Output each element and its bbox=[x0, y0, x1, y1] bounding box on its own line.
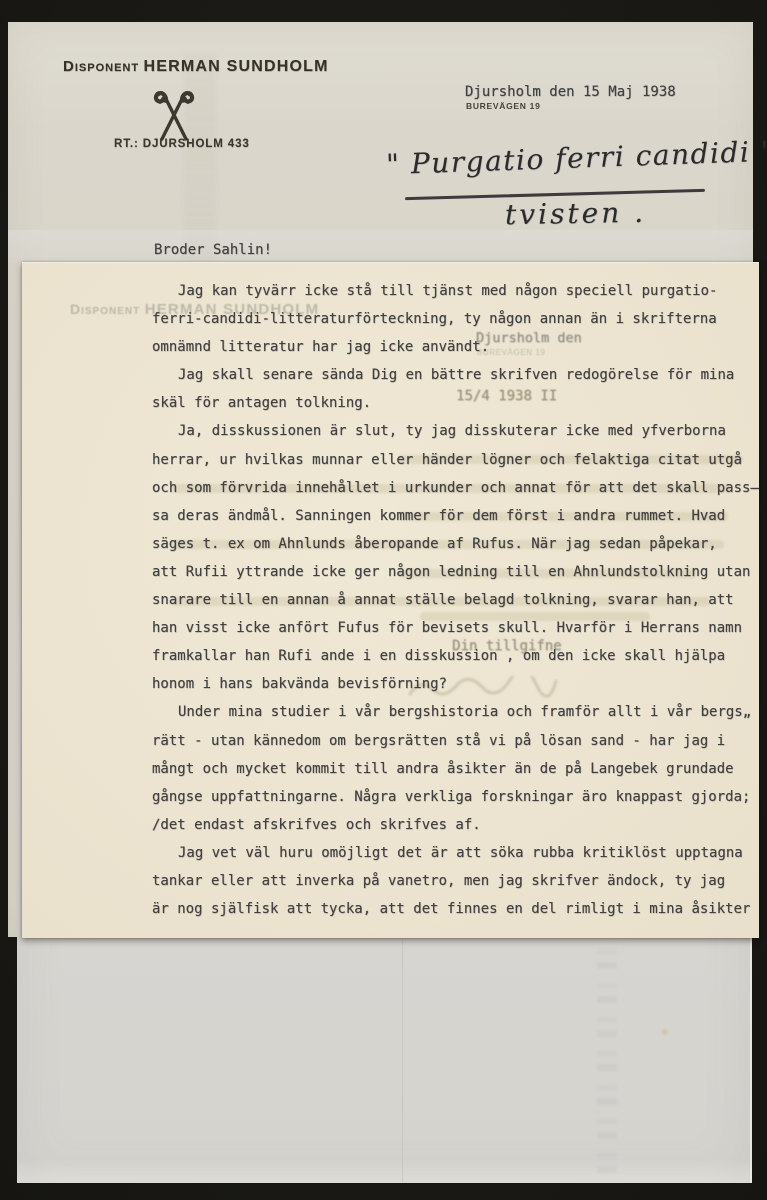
typed-line: Jag kan tyvärr icke stå till tjänst med … bbox=[152, 277, 767, 305]
stamp-bleedthrough bbox=[597, 948, 617, 1173]
typed-line: Jag skall senare sända Dig en bättre skr… bbox=[152, 361, 767, 389]
typed-line: skäl för antagen tolkning. bbox=[152, 389, 767, 417]
typed-line: honom i hans bakvända bevisförning? bbox=[152, 670, 767, 698]
scan-light-band bbox=[8, 230, 753, 263]
typed-line: är nog själfisk att tycka, att det finne… bbox=[152, 895, 767, 923]
typed-line: ∕det endast afskrifves och skrifves af. bbox=[152, 811, 767, 839]
typed-line: herrar, ur hvilkas munnar eller händer l… bbox=[152, 446, 767, 474]
letterhead-phone: RT.: DJURSHOLM 433 bbox=[114, 138, 250, 150]
typed-line: Under mina studier i vår bergshistoria o… bbox=[152, 698, 767, 726]
typed-line: mångt och mycket kommit till andra åsikt… bbox=[152, 755, 767, 783]
letter-body: Jag kan tyvärr icke stå till tjänst med … bbox=[152, 277, 767, 923]
typed-line: han visst icke anfört Fufus för bevisets… bbox=[152, 614, 767, 642]
salutation: Broder Sahlin! bbox=[154, 242, 272, 258]
typed-line: omnämnd litteratur har jag icke användt. bbox=[152, 333, 767, 361]
typed-line: och som förvrida innehållet i urkunder o… bbox=[152, 474, 767, 502]
ghost-letterhead-prefix: Disponent bbox=[70, 301, 140, 317]
typed-line: framkallar han Rufi ande i en disskussio… bbox=[152, 642, 767, 670]
typed-line: ferri-candidi-litteraturförteckning, ty … bbox=[152, 305, 767, 333]
typed-line: rätt - utan kännedom om bergsrätten stå … bbox=[152, 727, 767, 755]
street-line: BUREVÄGEN 19 bbox=[466, 101, 541, 111]
typed-line: Ja, disskussionen är slut, ty jag dissku… bbox=[152, 417, 767, 445]
letterhead-name: Disponent Herman Sundholm bbox=[63, 58, 329, 76]
letterhead-main-name: Herman Sundholm bbox=[144, 58, 329, 75]
scanned-letter-page: { "colors": { "frame": "#1a1915", "lette… bbox=[0, 0, 767, 1200]
letterhead-prefix: Disponent bbox=[63, 58, 139, 75]
typed-line: gångse uppfattningarne. Några verkliga f… bbox=[152, 783, 767, 811]
stain-spot bbox=[660, 1028, 670, 1036]
handwritten-subtitle: tvisten . bbox=[505, 196, 647, 231]
typed-line: att Rufii yttrande icke ger någon lednin… bbox=[152, 558, 767, 586]
typed-line: säges t. ex om Ahnlunds åberopande af Ru… bbox=[152, 530, 767, 558]
crease-line bbox=[402, 940, 404, 1183]
dateline: Djursholm den 15 Maj 1938 bbox=[465, 84, 676, 100]
typed-line: snarare till en annan å annat ställe bel… bbox=[152, 586, 767, 614]
typed-line: tankar eller att inverka på vanetro, men… bbox=[152, 867, 767, 895]
typed-line: Jag vet väl huru omöjligt det är att sök… bbox=[152, 839, 767, 867]
typed-line: sa deras ändmål. Sanningen kommer för de… bbox=[152, 502, 767, 530]
